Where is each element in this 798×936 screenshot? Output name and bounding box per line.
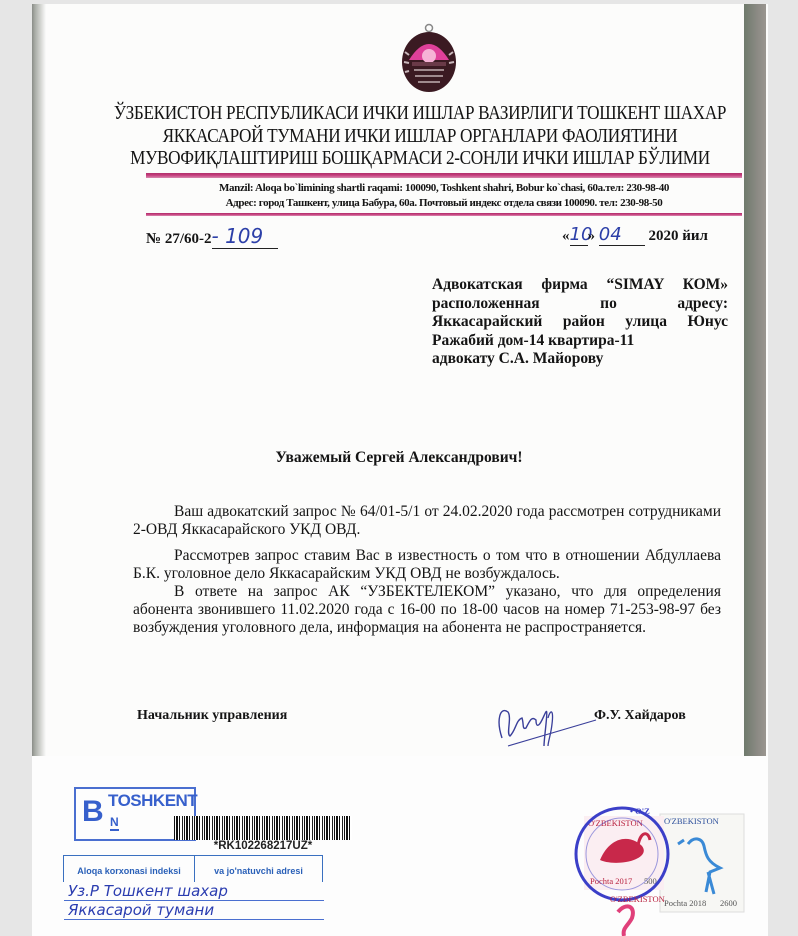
barcode-number: *RK102268217UZ* [170,840,356,852]
page-left-shadow [32,4,46,756]
svg-text:O'ZBEKISTON: O'ZBEKISTON [610,894,665,904]
svg-text:O'ZBEKISTON: O'ZBEKISTON [664,816,719,826]
flamingo-stamp-icon: O'ZBEKISTON [610,894,665,936]
signatory-title: Начальник управления [137,708,287,724]
stamp-n-label: N [110,815,119,831]
barcode-bars [174,816,352,840]
recipient-line: расположенная по адресу: [432,295,728,314]
body-paragraph: Ваш адвокатский запрос № 64/01-5/1 от 24… [133,503,721,539]
recipient-line: Адвокатская фирма “SIMAY КОМ» [432,276,728,295]
crane-stamp-icon: O'ZBEKISTON Pochta 2018 2600 [660,814,744,912]
form-col-address: va jo'natuvchi adresi [195,856,322,882]
header-rule-bottom [146,213,742,216]
number-handwritten: - 109 [212,224,264,248]
salutation: Уважемый Сергей Александрович! [0,449,798,467]
sender-handwritten-address: Уз.Р Тошкент шахар Яккасарой тумани [64,882,324,920]
organization-header: ЎЗБЕКИСТОН РЕСПУБЛИКАСИ ИЧКИ ИШЛАР ВАЗИР… [110,102,729,170]
sender-address-form: Aloqa korxonasi indeksi va jo'natuvchi a… [63,855,323,882]
signatory-name: Ф.У. Хайдаров [594,708,686,724]
stamp-letter: B [82,795,104,829]
postage-stamps: O'ZBEKISTON Pochta 2018 2600 O'ZBEKISTON… [560,800,760,936]
body-paragraph: В ответе на запрос АК “УЗБЕКТЕЛЕКОМ” ука… [133,583,721,637]
org-line-3: МУВОФИҚЛАШТИРИШ БОШҚАРМАСИ 2-СОНЛИ ИЧКИ … [110,147,729,170]
svg-text:Pochta 2018: Pochta 2018 [664,898,706,908]
svg-text:• O'Z: • O'Z [630,806,650,816]
handwritten-line: Яккасарой тумани [64,901,324,920]
recipient-block: Адвокатская фирма “SIMAY КОМ» расположен… [432,276,728,369]
tracking-barcode: *RK102268217UZ* [170,816,356,854]
recipient-line: адвокату С.А. Майорову [432,350,728,369]
recipient-line: Яккасарайский район улица Юнус [432,313,728,332]
stamp-city: TOSHKENT [108,791,197,811]
address-ru: Адрес: город Ташкент, улица Бабура, 60а.… [146,196,742,210]
svg-text:O'ZBEKISTON: O'ZBEKISTON [588,818,643,828]
uzbekistan-coat-of-arms-icon [400,22,458,94]
address-uz: Manzil: Aloqa bo`limining shartli raqami… [146,181,742,195]
header-rule-top [146,173,742,178]
page-right-edge [744,4,766,756]
svg-text:2600: 2600 [720,898,737,908]
date-month: 04 [599,224,622,245]
handwritten-signature-icon [488,690,598,750]
letter-body: Ваш адвокатский запрос № 64/01-5/1 от 24… [133,503,721,637]
org-line-1: ЎЗБЕКИСТОН РЕСПУБЛИКАСИ ИЧКИ ИШЛАР ВАЗИР… [110,102,729,125]
body-paragraph: Рассмотрев запрос ставим Вас в известнос… [133,547,721,583]
form-col-index: Aloqa korxonasi indeksi [64,856,195,882]
date-open-quote: « [562,228,570,244]
recipient-line: Ражабий дом-14 квартира-11 [432,332,728,351]
svg-text:Pochta 2017: Pochta 2017 [590,876,632,886]
number-prefix: № 27/60-2 [146,231,212,247]
handwritten-line: Уз.Р Тошкент шахар [64,882,324,901]
date-close-quote: » [588,228,596,244]
outgoing-number: № 27/60-2- 109 [146,224,278,249]
org-line-2: ЯККАСАРОЙ ТУМАНИ ИЧКИ ИШЛАР ОРГАНЛАРИ ФА… [110,125,729,148]
letter-date: «10» 04 2020 йил [562,224,708,246]
date-year: 2020 йил [649,228,708,244]
